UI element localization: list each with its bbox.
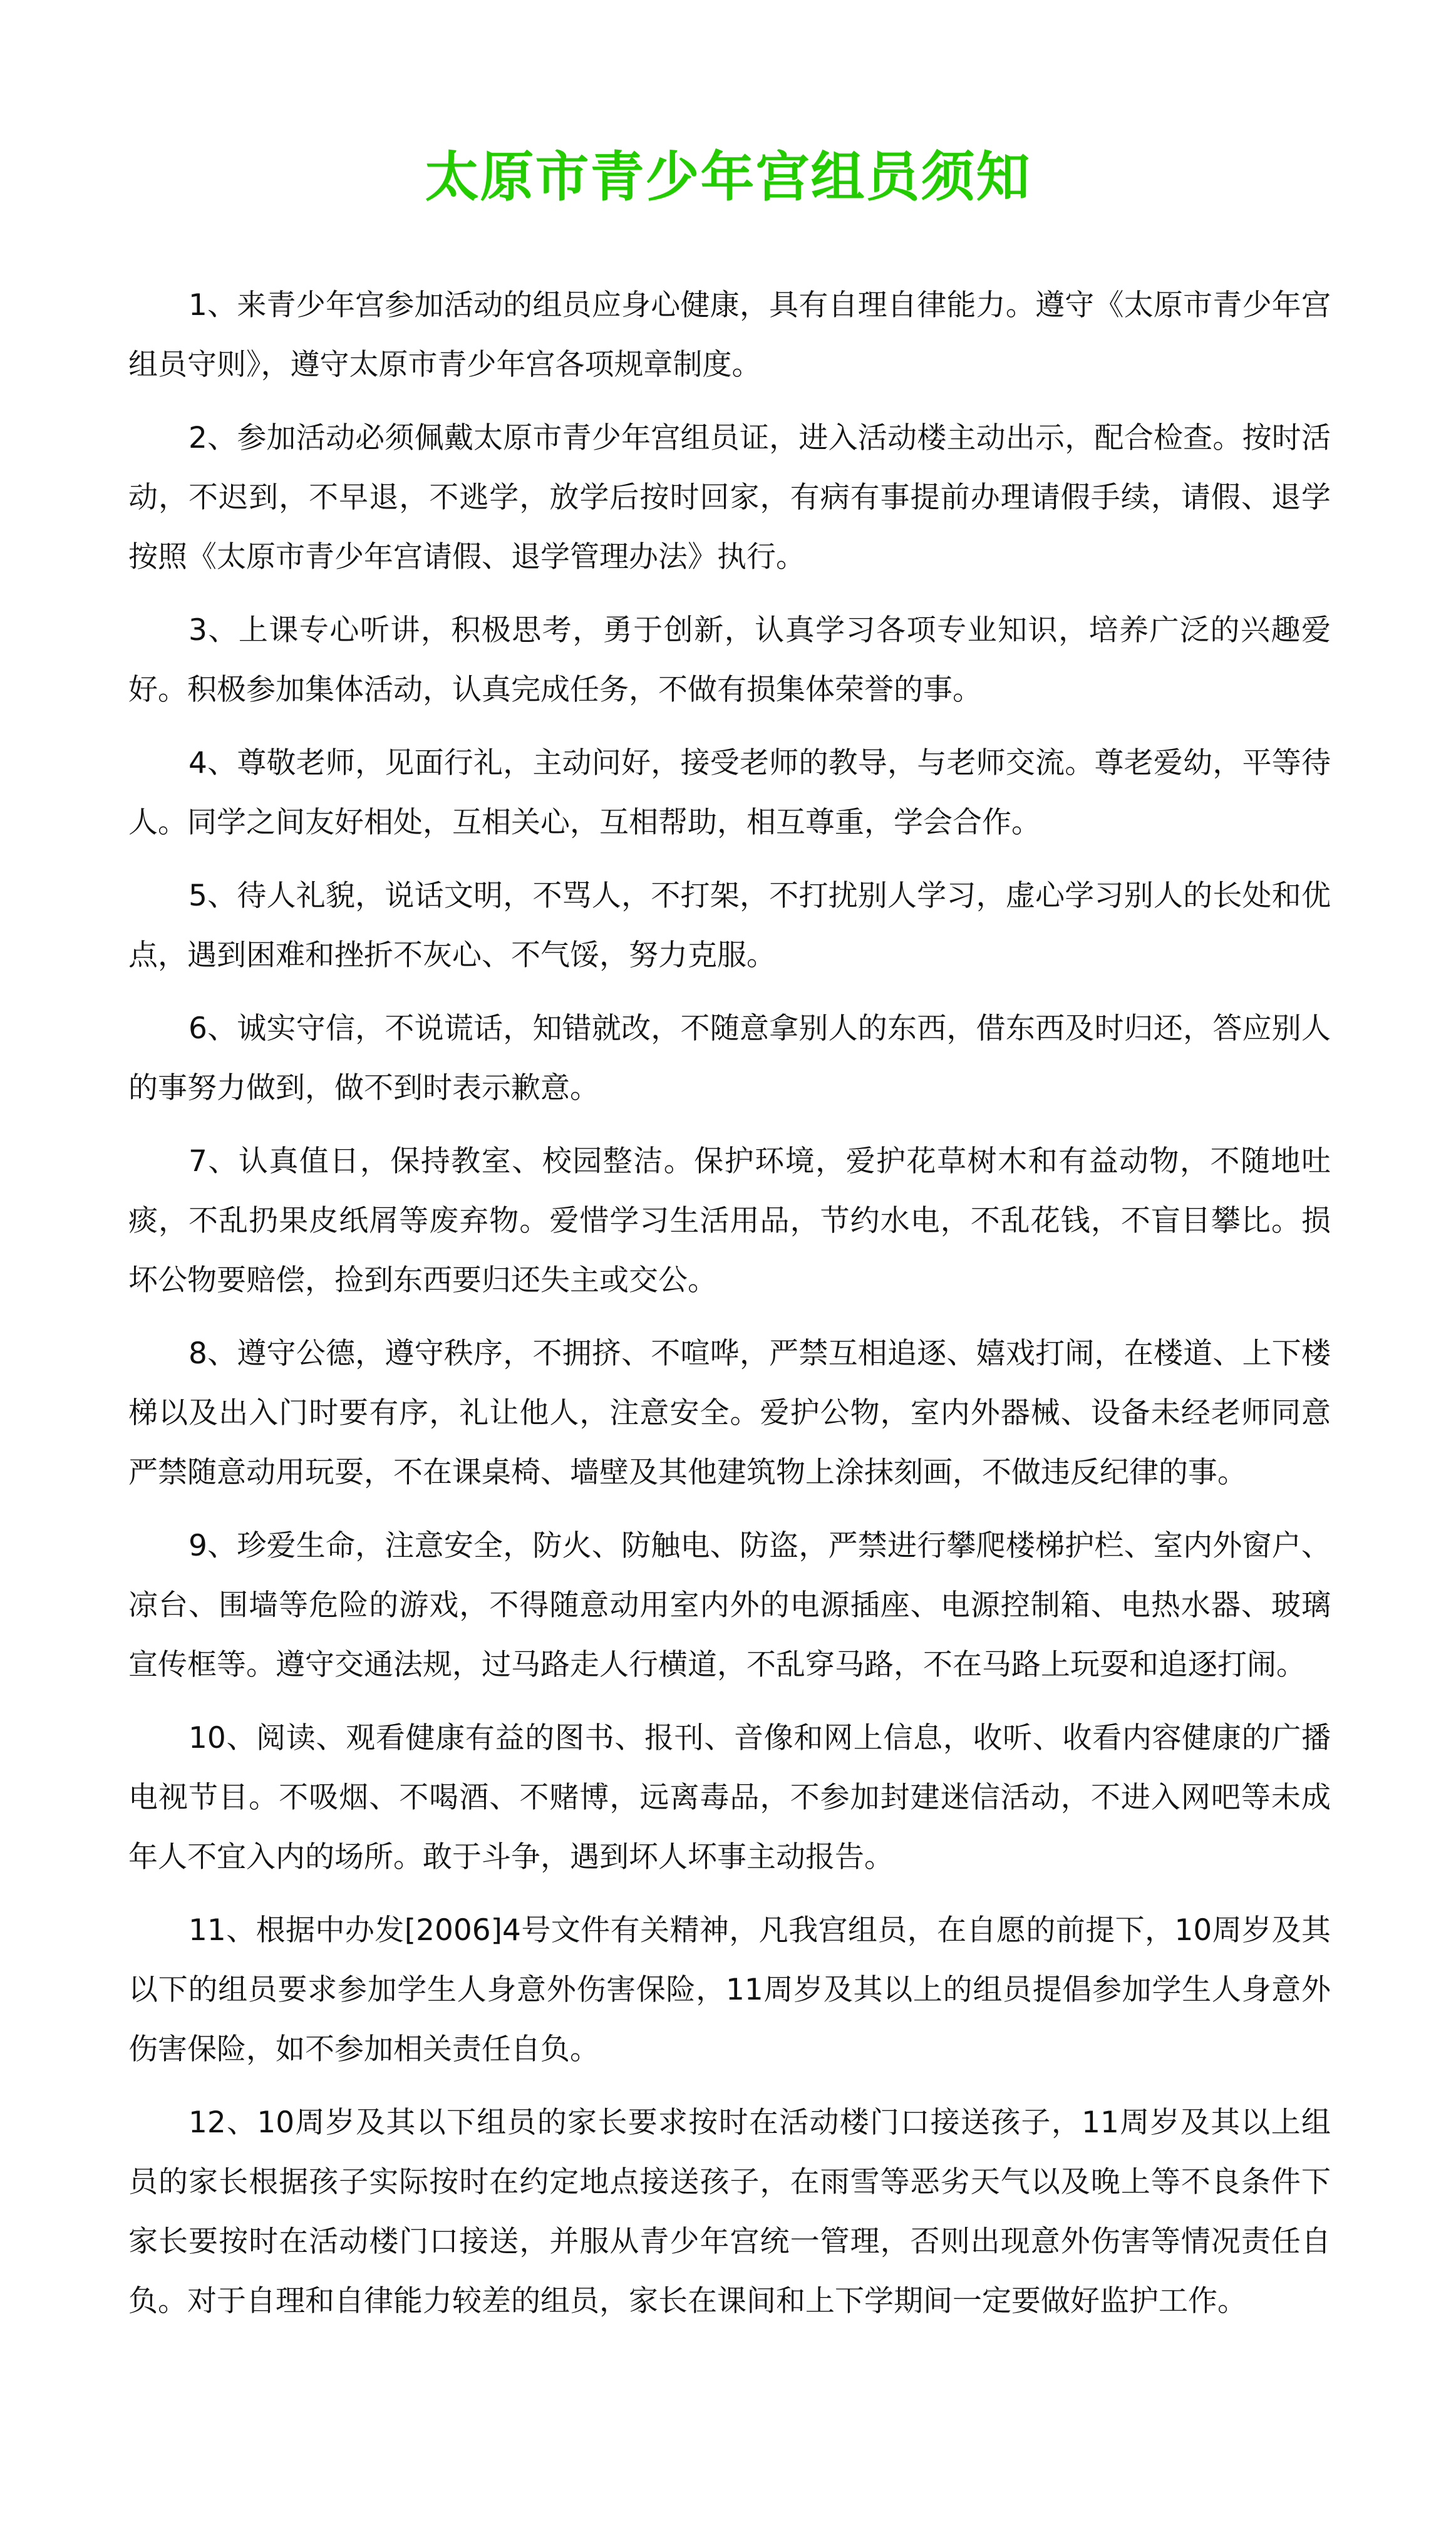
rule-paragraph-9: 9、珍爱生命，注意安全，防火、防触电、防盗，严禁进行攀爬楼梯护栏、室内外窗户、凉… bbox=[128, 1516, 1331, 1695]
rule-paragraph-6: 6、诚实守信，不说谎话，知错就改，不随意拿别人的东西，借东西及时归还，答应别人的… bbox=[128, 999, 1331, 1118]
rule-paragraph-10: 10、阅读、观看健康有益的图书、报刊、音像和网上信息，收听、收看内容健康的广播电… bbox=[128, 1708, 1331, 1887]
rule-paragraph-2: 2、参加活动必须佩戴太原市青少年宫组员证，进入活动楼主动出示，配合检查。按时活动… bbox=[128, 408, 1331, 587]
rule-paragraph-1: 1、来青少年宫参加活动的组员应身心健康，具有自理自律能力。遵守《太原市青少年宫组… bbox=[128, 276, 1331, 395]
rule-paragraph-7: 7、认真值日，保持教室、校园整洁。保护环境，爱护花草树木和有益动物，不随地吐痰，… bbox=[128, 1132, 1331, 1310]
rule-paragraph-4: 4、尊敬老师，见面行礼，主动问好，接受老师的教导，与老师交流。尊老爱幼，平等待人… bbox=[128, 733, 1331, 852]
document-title: 太原市青少年宫组员须知 bbox=[0, 143, 1456, 212]
rule-paragraph-8: 8、遵守公德，遵守秩序，不拥挤、不喧哗，严禁互相追逐、嬉戏打闹，在楼道、上下楼梯… bbox=[128, 1324, 1331, 1502]
rule-paragraph-5: 5、待人礼貌，说话文明，不骂人，不打架，不打扰别人学习，虚心学习别人的长处和优点… bbox=[128, 866, 1331, 985]
rule-paragraph-3: 3、上课专心听讲，积极思考，勇于创新，认真学习各项专业知识，培养广泛的兴趣爱好。… bbox=[128, 601, 1331, 720]
rules-list: 1、来青少年宫参加活动的组员应身心健康，具有自理自律能力。遵守《太原市青少年宫组… bbox=[128, 276, 1331, 2345]
rule-paragraph-11: 11、根据中办发[2006]4号文件有关精神，凡我宫组员，在自愿的前提下，10周… bbox=[128, 1901, 1331, 2079]
rule-paragraph-12: 12、10周岁及其以下组员的家长要求按时在活动楼门口接送孩子，11周岁及其以上组… bbox=[128, 2093, 1331, 2331]
document-page: 太原市青少年宫组员须知 1、来青少年宫参加活动的组员应身心健康，具有自理自律能力… bbox=[0, 0, 1456, 2525]
